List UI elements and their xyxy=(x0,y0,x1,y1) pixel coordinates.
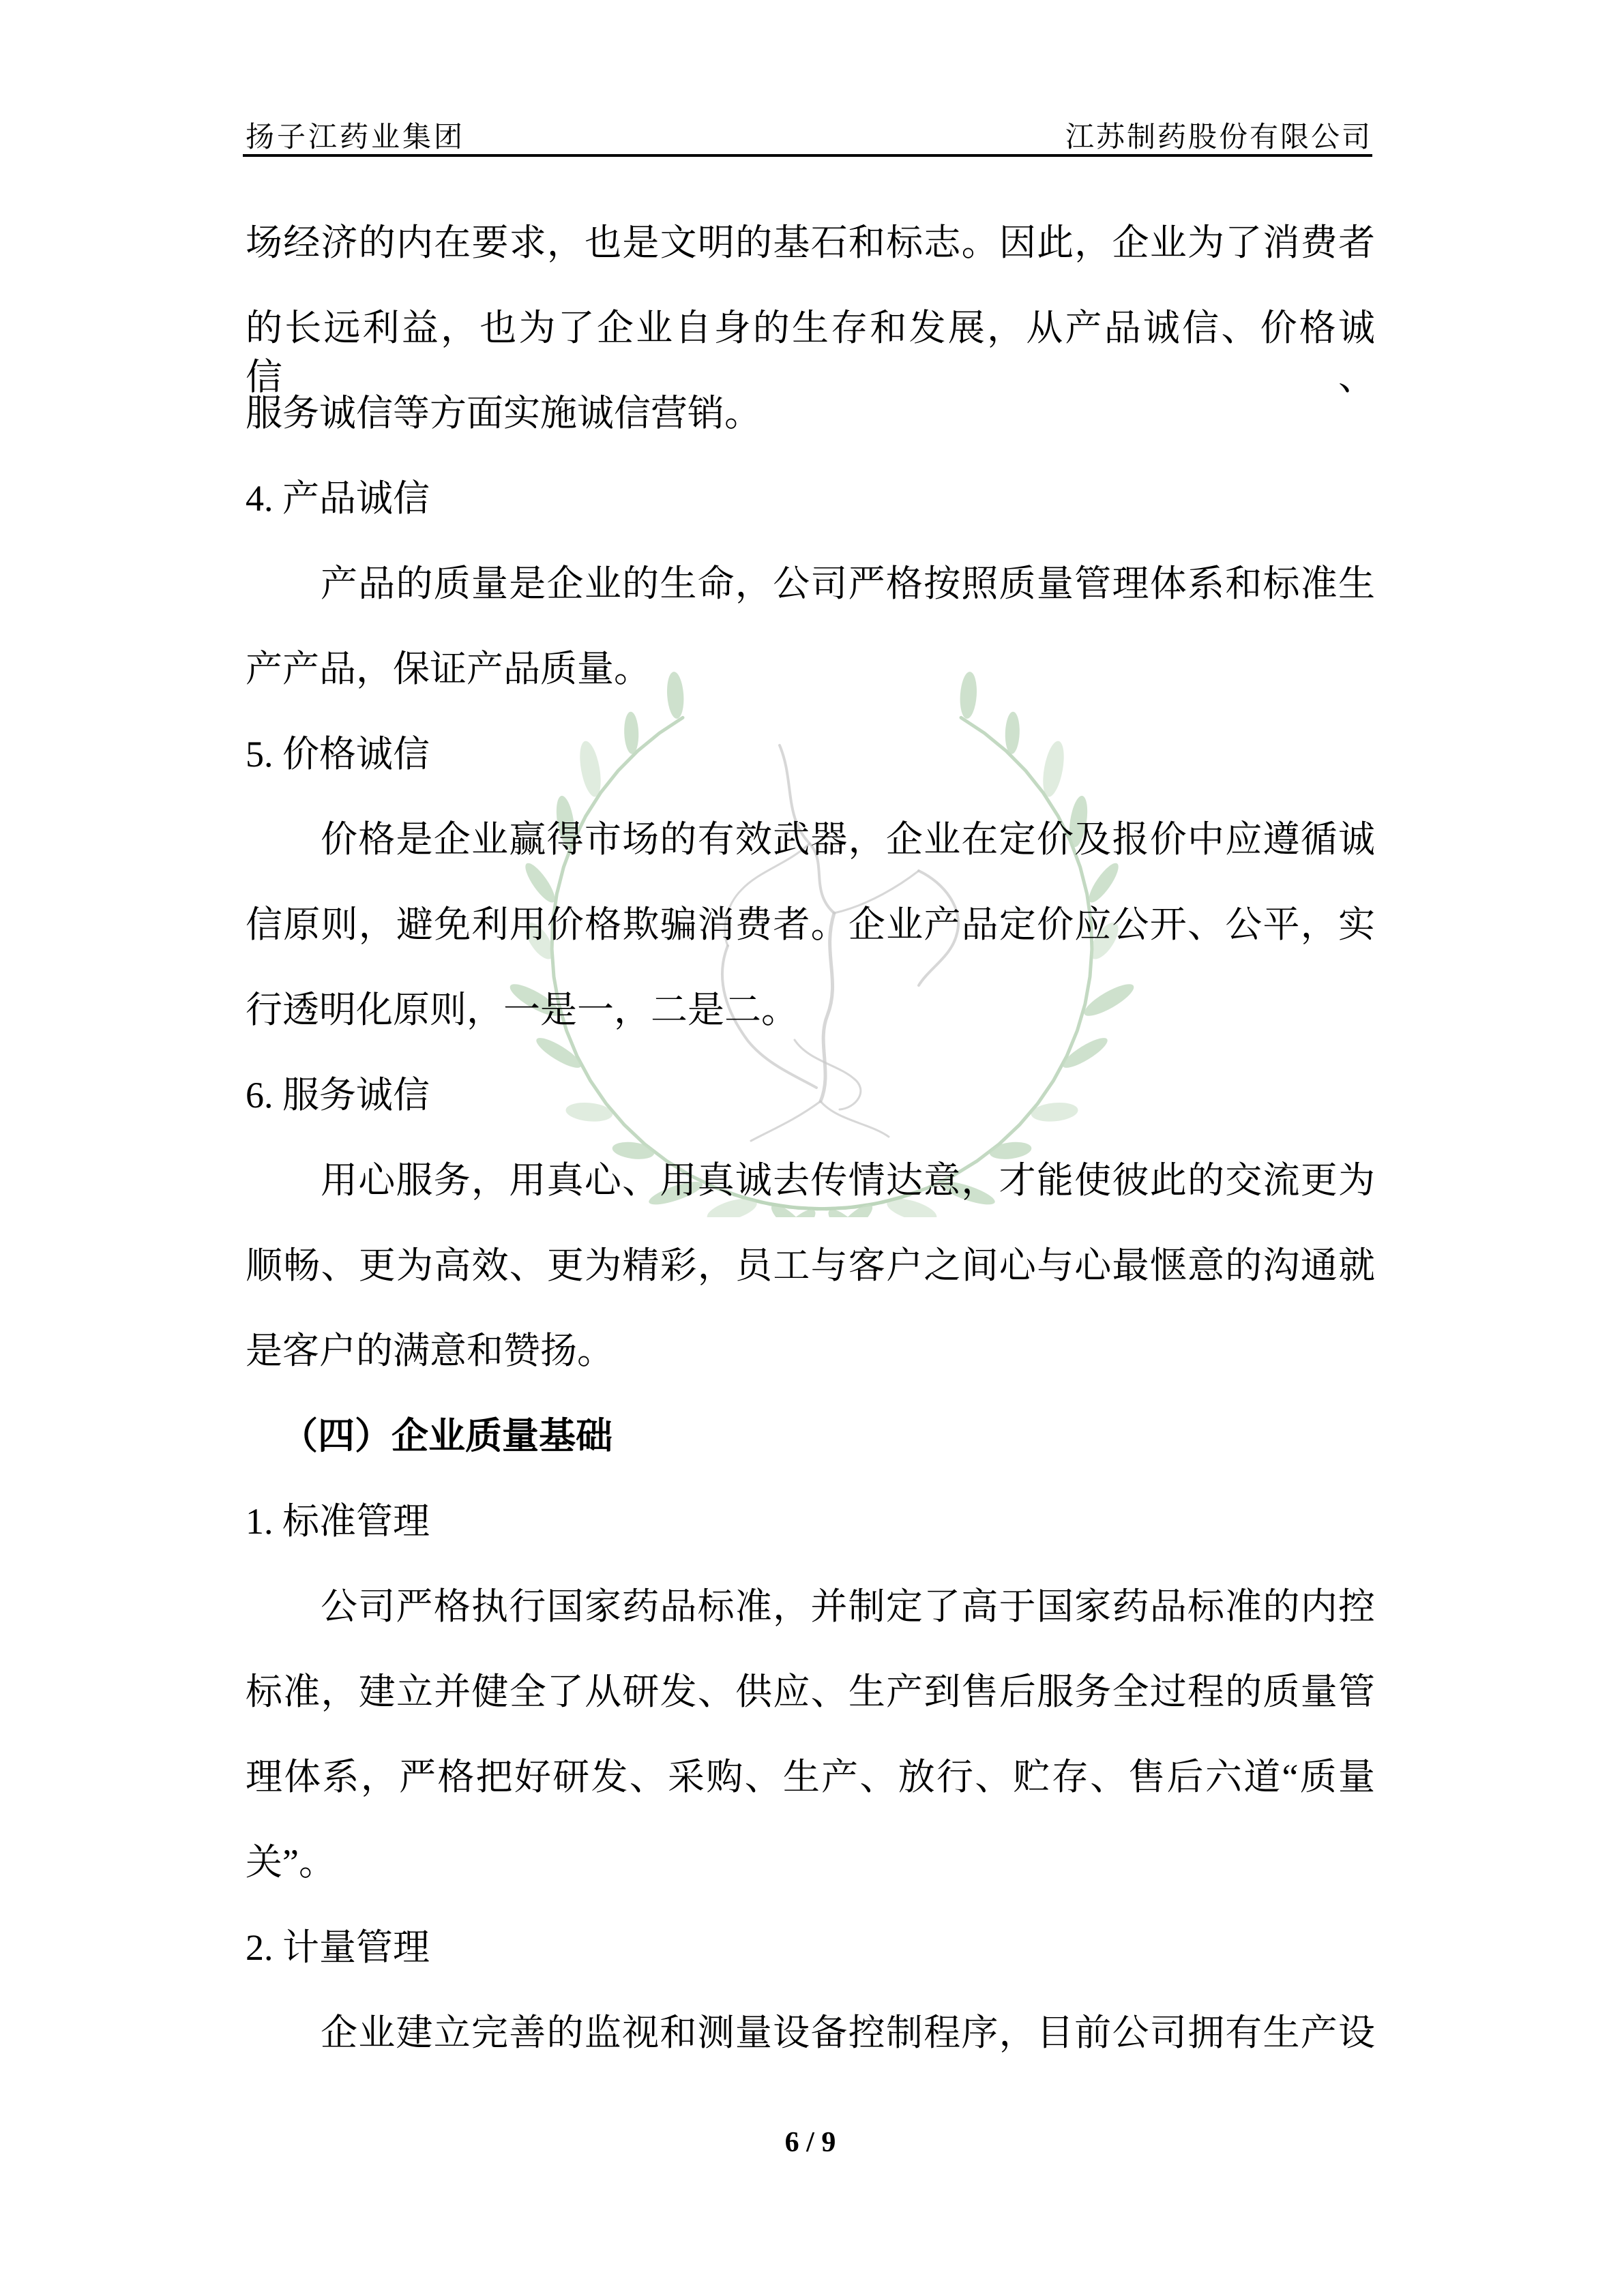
list-item-heading: 2. 计量管理 xyxy=(246,1923,1375,1972)
header-rule xyxy=(243,154,1372,157)
body-line: 服务诚信等方面实施诚信营销。 xyxy=(246,389,1375,438)
list-item-heading: 6. 服务诚信 xyxy=(246,1071,1375,1120)
body-line: 理体系，严格把好研发、采购、生产、放行、贮存、售后六道“质量 xyxy=(246,1753,1375,1802)
body-line: 场经济的内在要求，也是文明的基石和标志。因此，企业为了消费者 xyxy=(246,218,1375,267)
page-number: 6 / 9 xyxy=(785,2127,836,2158)
body-line: 公司严格执行国家药品标准，并制定了高于国家药品标准的内控 xyxy=(246,1582,1375,1631)
body-line: 产产品，保证产品质量。 xyxy=(246,644,1375,694)
body-line: 的长远利益，也为了企业自身的生存和发展，从产品诚信、价格诚信、 xyxy=(246,303,1375,402)
page-footer: 6 / 9 xyxy=(246,2126,1375,2159)
list-item-heading: 5. 价格诚信 xyxy=(246,730,1375,779)
body-line: 信原则，避免利用价格欺骗消费者。企业产品定价应公开、公平，实 xyxy=(246,900,1375,949)
header-left-company: 扬子江药业集团 xyxy=(246,121,465,154)
body-line: 产品的质量是企业的生命，公司严格按照质量管理体系和标准生 xyxy=(246,559,1375,608)
body-line: 用心服务，用真心、用真诚去传情达意，才能使彼此的交流更为 xyxy=(246,1156,1375,1205)
body-line: 企业建立完善的监视和测量设备控制程序，目前公司拥有生产设 xyxy=(246,2008,1375,2057)
list-item-heading: 1. 标准管理 xyxy=(246,1497,1375,1546)
body-line: 行透明化原则，一是一，二是二。 xyxy=(246,985,1375,1034)
section-heading: （四）企业质量基础 xyxy=(246,1412,1375,1461)
body-line: 是客户的满意和赞扬。 xyxy=(246,1326,1375,1375)
header-right-company: 江苏制药股份有限公司 xyxy=(1065,121,1372,154)
body-line: 价格是企业赢得市场的有效武器，企业在定价及报价中应遵循诚 xyxy=(246,815,1375,864)
page-header: 扬子江药业集团 江苏制药股份有限公司 xyxy=(246,121,1372,154)
body-line: 顺畅、更为高效、更为精彩，员工与客户之间心与心最惬意的沟通就 xyxy=(246,1241,1375,1290)
body-line: 标准，建立并健全了从研发、供应、生产到售后服务全过程的质量管 xyxy=(246,1667,1375,1716)
body-line: 关”。 xyxy=(246,1838,1375,1887)
list-item-heading: 4. 产品诚信 xyxy=(246,474,1375,523)
document-page: 扬子江药业集团 江苏制药股份有限公司 场经济的内在要求，也是文明的基石和标志。因… xyxy=(0,0,1624,2296)
